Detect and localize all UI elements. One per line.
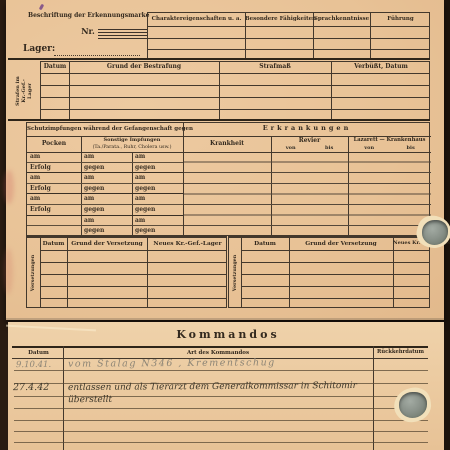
traits-col-abilities: Besondere Fähigkeiten: [245, 16, 313, 22]
punish-col-sentence: Strafmaß: [219, 64, 331, 71]
kommando-col-date: Datum: [14, 350, 63, 356]
ruled-line: [14, 370, 428, 371]
divider: [148, 38, 429, 39]
illness-col-revier: Revier: [271, 138, 348, 145]
transfer-col-date: Datum: [40, 241, 67, 247]
divider: [40, 262, 226, 263]
transfers-table-right: Versetzungen Datum Grund der Versetzung …: [228, 236, 430, 308]
handwritten-date-ink: 27.4.42: [13, 382, 49, 393]
divider: [148, 26, 429, 27]
illness-col-disease: Krankheit: [183, 141, 271, 148]
punish-col-reason: Grund der Bestrafung: [69, 64, 219, 71]
ruled-line: [14, 431, 428, 432]
lager-dotted-line: [54, 46, 140, 56]
idmark-title: Beschriftung der Erkennungsmarke: [28, 13, 146, 20]
ruled-line: [14, 408, 428, 409]
handwritten-entry-pencil: vom Stalag N346 , Krementschug: [68, 357, 276, 369]
divider: [148, 49, 429, 50]
divider: [241, 298, 429, 299]
handwritten-date-pencil: 9.10.41.: [16, 360, 51, 370]
section-rule: [8, 119, 430, 121]
traits-col-languages: Sprachkenntnisse: [313, 16, 370, 22]
scanned-pow-record: Beschriftung der Erkennungsmarke Nr. Lag…: [0, 0, 450, 450]
kommando-col-return: Rückkehrdatum: [373, 350, 428, 356]
vacc-col-other-2: (Ta./Parata., Ruhr, Cholera usw.): [81, 145, 183, 150]
vacc-row: gegen gegen: [27, 226, 183, 235]
divider: [63, 346, 64, 450]
transfers-table-left: Versetzungen Datum Grund der Versetzung …: [26, 236, 227, 308]
vacc-row: Erfolg gegen gegen: [27, 184, 183, 195]
divider: [40, 286, 226, 287]
punish-col-served: Verbüßt, Datum: [331, 64, 431, 71]
handwritten-entry-ink-continued: überstellt: [68, 395, 112, 405]
section-rule: [12, 346, 428, 348]
transfer-col-reason: Grund der Versetzung: [289, 241, 393, 247]
divider: [40, 298, 226, 299]
ruled-line: [14, 420, 428, 421]
vacc-col-pocken: Pocken: [27, 141, 81, 148]
divider: [41, 97, 429, 98]
divider: [40, 250, 226, 251]
smudge: [4, 170, 14, 204]
traits-col-character: Charaktereigenschaften u. a.: [148, 16, 245, 22]
transfer-col-reason: Grund der Versetzung: [67, 241, 147, 247]
vacc-col-other-1: Sonstige Impfungen: [81, 138, 183, 144]
crease: [6, 325, 96, 332]
punishments-side-label: Strafen im Kr.-Gef.-Lager: [8, 61, 40, 120]
illness-revier-von-bis: von bis: [271, 145, 348, 151]
traits-col-conduct: Führung: [370, 16, 431, 22]
illness-empty-rows: [184, 152, 431, 235]
kommandos-title: Kommandos: [118, 329, 338, 341]
nr-label: Nr.: [80, 27, 96, 36]
punish-col-date: Datum: [41, 64, 69, 71]
punishments-table: Datum Grund der Bestrafung Strafmaß Verb…: [40, 61, 430, 120]
transfer-col-newcamp: Neues Kr.-Gef.-Lager: [147, 241, 228, 247]
divider: [241, 274, 429, 275]
ink-speck: [39, 4, 44, 11]
smudge: [4, 248, 13, 294]
vacc-row: am am am: [27, 194, 183, 205]
transfers-side-label: Versetzungen: [229, 238, 241, 308]
kommando-col-type: Art des Kommandos: [63, 350, 373, 356]
vacc-row: am am: [27, 216, 183, 227]
traits-table: Charaktereigenschaften u. a. Besondere F…: [147, 12, 430, 60]
divider: [241, 262, 429, 263]
divider: [241, 250, 429, 251]
section-rule: [8, 58, 430, 60]
vaccination-illness-table: Schutzimpfungen während der Gefangenscha…: [26, 122, 430, 236]
vaccinations-title: Schutzimpfungen während der Gefangenscha…: [27, 126, 183, 132]
illnesses-title: Erkrankungen: [183, 125, 431, 132]
handwritten-entry-ink: entlassen und als Tierarzt dem Generalko…: [68, 381, 357, 393]
vacc-row: Erfolg gegen gegen: [27, 205, 183, 216]
ruled-line: [14, 442, 428, 443]
divider: [41, 73, 429, 74]
divider: [41, 85, 429, 86]
illness-col-lazarett: Lazarett — Krankenhaus: [348, 138, 431, 144]
transfers-side-label: Versetzungen: [27, 238, 40, 308]
divider: [41, 109, 429, 110]
lager-label: Lager:: [23, 45, 55, 55]
divider: [373, 346, 374, 450]
divider: [241, 286, 429, 287]
nr-ruled-lines: [98, 29, 148, 39]
transfer-col-date: Datum: [241, 241, 289, 247]
personal-card: Beschriftung der Erkennungsmarke Nr. Lag…: [6, 0, 444, 320]
kommandos-card: Kommandos Datum Art des Kommandos Rückke…: [8, 322, 444, 450]
vacc-row: Erfolg gegen gegen: [27, 163, 183, 174]
divider: [40, 274, 226, 275]
vacc-row: am am am: [27, 152, 183, 163]
vacc-row: am am am: [27, 173, 183, 184]
illness-lazarett-von-bis: von bis: [348, 145, 431, 151]
